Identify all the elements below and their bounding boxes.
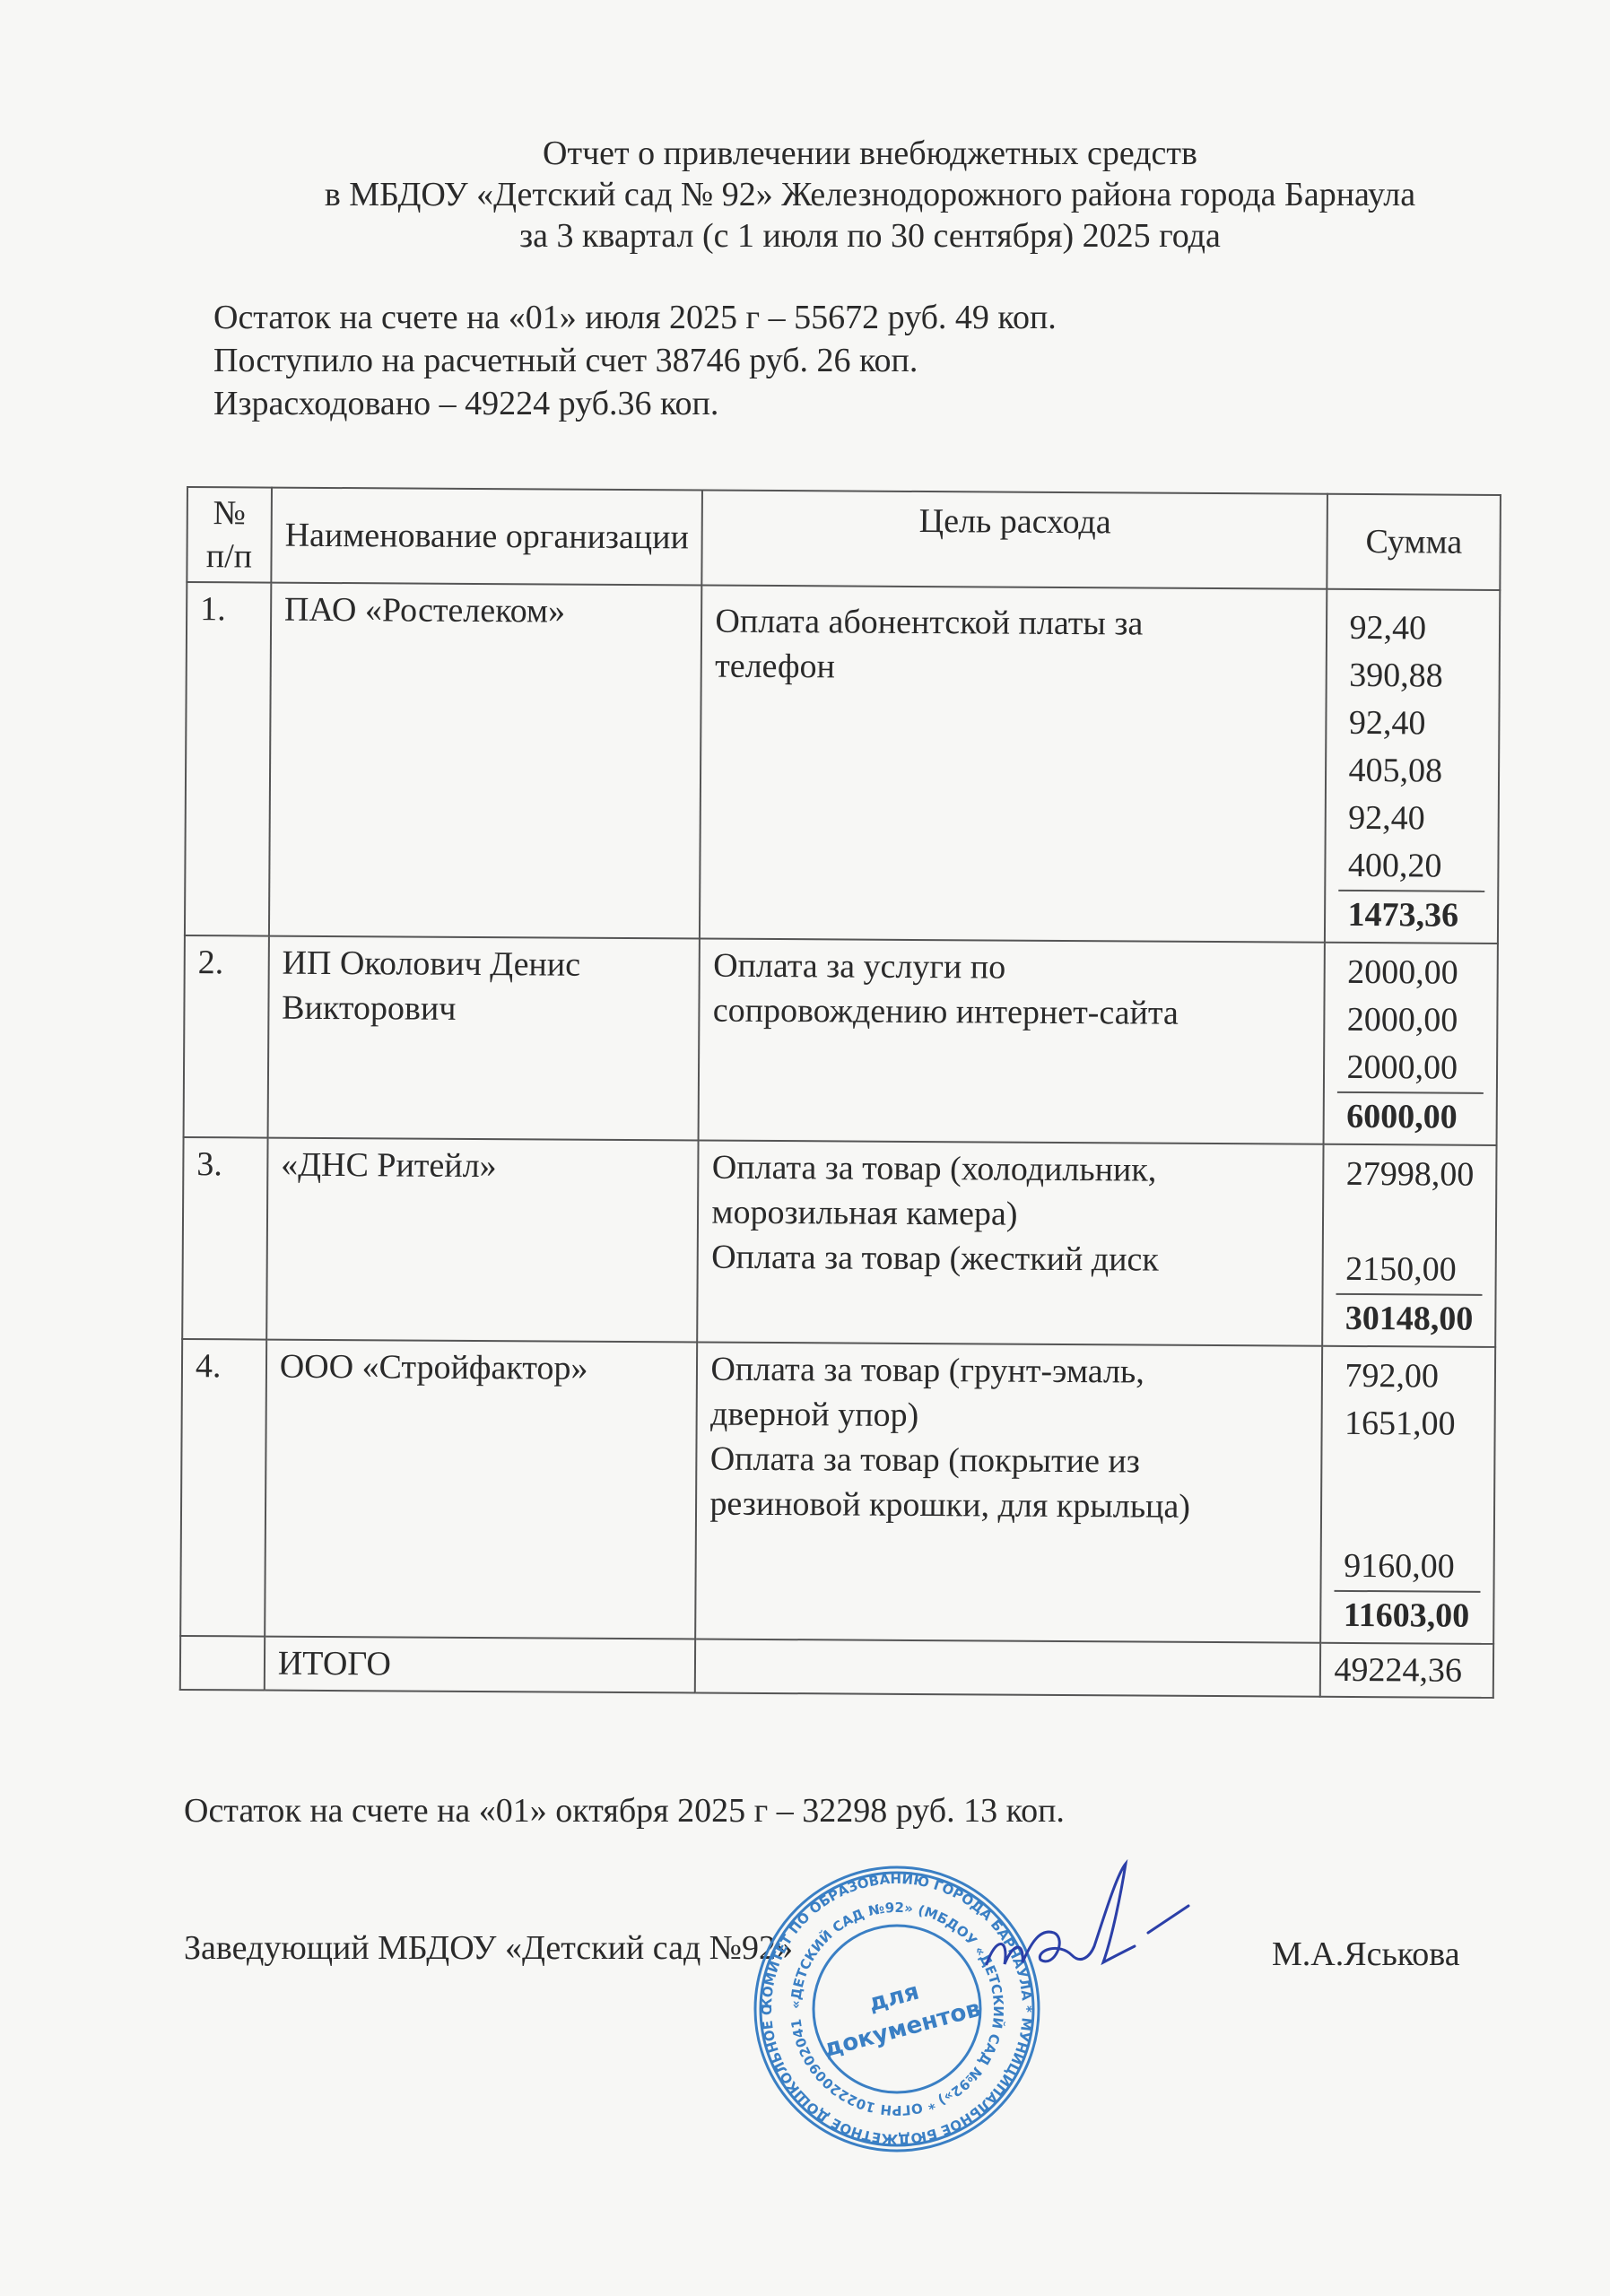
opening-balance: Остаток на счете на «01» июля 2025 г – 5… (213, 296, 1057, 339)
amount-line: 9160,00 (1344, 1543, 1472, 1591)
expense-purpose: Оплата за товар (холодильник,морозильная… (698, 1141, 1324, 1346)
purpose-line: Оплата за услуги по (713, 944, 1311, 992)
signature-icon (969, 1857, 1211, 1991)
purpose-line: телефон (715, 644, 1313, 692)
amount-line: 2150,00 (1345, 1246, 1474, 1294)
title-line-3: за 3 квартал (с 1 июля по 30 сентября) 2… (206, 215, 1534, 257)
row-number: 3. (182, 1137, 267, 1340)
purpose-line: резиновой крошки, для крыльца) (709, 1482, 1308, 1530)
amount-line: 92,40 (1349, 604, 1477, 653)
total-num (180, 1636, 265, 1691)
subtotal: 30148,00 (1336, 1293, 1483, 1343)
header-num: № п/п (187, 487, 271, 583)
amount-line: 92,40 (1349, 700, 1477, 748)
organization-name: ИП Околович Денис Викторович (267, 936, 700, 1141)
purpose-line: Оплата абонентской платы за (715, 599, 1313, 648)
table-row: 4.ООО «Стройфактор»Оплата за товар (грун… (180, 1339, 1495, 1644)
title-line-2: в МБДОУ «Детский сад № 92» Железнодорожн… (206, 174, 1534, 215)
amount-line: 405,08 (1348, 747, 1476, 796)
closing-balance: Остаток на счете на «01» октября 2025 г … (184, 1789, 1065, 1832)
amount-line (1345, 1198, 1474, 1247)
organization-name: ПАО «Ростелеком» (269, 583, 702, 939)
subtotal: 1473,36 (1338, 890, 1484, 939)
amount-line: 390,88 (1349, 652, 1477, 700)
total-purpose (695, 1639, 1320, 1696)
table-row: 3.«ДНС Ритейл»Оплата за товар (холодильн… (182, 1137, 1496, 1347)
purpose-line: Оплата за товар (покрытие из (710, 1437, 1309, 1485)
table-row: 1.ПАО «Ростелеком»Оплата абонентской пла… (185, 582, 1500, 944)
expense-purpose: Оплата за товар (грунт-эмаль,дверной упо… (696, 1342, 1323, 1642)
table-row: 2.ИП Околович Денис ВикторовичОплата за … (184, 935, 1498, 1145)
amount-cell: 27998,002150,0030148,00 (1323, 1144, 1497, 1347)
amount-cell: 792,001651,009160,0011603,00 (1321, 1346, 1496, 1644)
amount-cell: 92,40390,8892,40405,0892,40400,201473,36 (1325, 589, 1500, 944)
row-number: 2. (184, 935, 269, 1138)
document-page: Отчет о привлечении внебюджетных средств… (0, 0, 1610, 2296)
total-label: ИТОГО (265, 1637, 696, 1693)
subtotal: 6000,00 (1337, 1091, 1484, 1141)
amount-line: 792,00 (1345, 1352, 1473, 1401)
purpose-line: дверной упор) (710, 1392, 1309, 1440)
amount-line (1345, 1448, 1473, 1496)
purpose-line: Оплата за товар (холодильник, (712, 1145, 1310, 1194)
title-line-1: Отчет о привлечении внебюджетных средств (206, 133, 1534, 174)
purpose-line: морозильная камера) (711, 1190, 1310, 1239)
row-number: 4. (180, 1339, 266, 1637)
subtotal: 11603,00 (1335, 1590, 1481, 1639)
spent-amount: Израсходовано – 49224 руб.36 коп. (213, 382, 1057, 425)
purpose-line: сопровождению интернет-сайта (713, 988, 1311, 1037)
report-title: Отчет о привлечении внебюджетных средств… (206, 133, 1534, 257)
amount-line (1344, 1495, 1472, 1544)
amount-line: 27998,00 (1346, 1151, 1475, 1199)
amount-line: 2000,00 (1347, 996, 1475, 1045)
organization-name: ООО «Стройфактор» (265, 1340, 698, 1639)
signer-position: Заведующий МБДОУ «Детский сад №92» (184, 1926, 793, 1970)
received-amount: Поступило на расчетный счет 38746 руб. 2… (213, 339, 1057, 382)
header-purpose: Цель расхода (702, 491, 1328, 589)
signer-name: М.А.Яськова (1272, 1933, 1460, 1976)
amount-line: 92,40 (1348, 795, 1476, 843)
total-amount: 49224,36 (1320, 1643, 1493, 1698)
amount-line: 400,20 (1348, 842, 1476, 891)
purpose-line: Оплата за товар (грунт-эмаль, (710, 1347, 1309, 1396)
header-amount: Сумма (1327, 494, 1501, 590)
header-organization: Наименование организации (271, 488, 702, 586)
purpose-line: Оплата за товар (жесткий диск (711, 1235, 1310, 1283)
amount-line: 1651,00 (1345, 1400, 1473, 1448)
table-header-row: № п/п Наименование организации Цель расх… (187, 487, 1501, 590)
balance-summary: Остаток на счете на «01» июля 2025 г – 5… (213, 296, 1057, 425)
table-total-row: ИТОГО 49224,36 (180, 1636, 1493, 1698)
organization-name: «ДНС Ритейл» (266, 1138, 699, 1343)
row-number: 1. (185, 582, 271, 936)
amount-line: 2000,00 (1347, 949, 1475, 997)
expense-table: № п/п Наименование организации Цель расх… (179, 486, 1501, 1699)
amount-line: 2000,00 (1346, 1044, 1475, 1092)
expense-purpose: Оплата за услуги посопровождению интерне… (699, 939, 1325, 1144)
amount-cell: 2000,002000,002000,006000,00 (1324, 943, 1498, 1145)
expense-purpose: Оплата абонентской платы зателефон (700, 586, 1327, 943)
